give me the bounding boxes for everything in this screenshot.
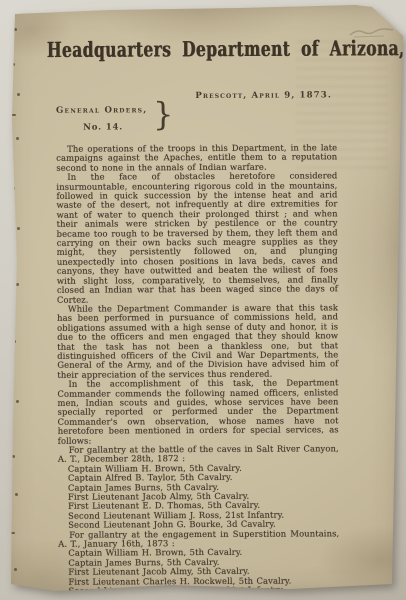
- document-content: Headquarters Department of Arizona, Pres…: [0, 0, 406, 600]
- document-page: Headquarters Department of Arizona, Pres…: [0, 0, 406, 600]
- officer-name: Second Lieutenant William J. Ross, 21st …: [58, 585, 339, 596]
- citation-heading-superstition: For gallantry at the engagement in Super…: [58, 529, 339, 549]
- paragraph-obstacles: In the face of obstacles heretofore cons…: [56, 172, 338, 305]
- paragraph-operations: The operations of the troops in this Dep…: [56, 143, 337, 173]
- brace-glyph: }: [153, 98, 174, 130]
- citation-heading-salt-river: For gallantry at the battle of the caves…: [58, 444, 339, 464]
- document-title: Headquarters Department of Arizona,: [47, 35, 357, 62]
- paragraph-commander-aware: While the Department Commander is aware …: [57, 303, 338, 380]
- photo-background: Headquarters Department of Arizona, Pres…: [0, 0, 406, 600]
- dateline: Prescott, April 9, 1873.: [56, 90, 332, 101]
- paper-shadow-wrap: Headquarters Department of Arizona, Pres…: [0, 0, 406, 600]
- order-block: General Orders, No. 14.: [56, 105, 148, 132]
- document-body: The operations of the troops in this Dep…: [56, 143, 339, 596]
- paragraph-commendation: In the accomplishment of this task, the …: [57, 378, 338, 445]
- general-orders-label: General Orders,: [56, 105, 147, 115]
- order-number: No. 14.: [56, 122, 147, 132]
